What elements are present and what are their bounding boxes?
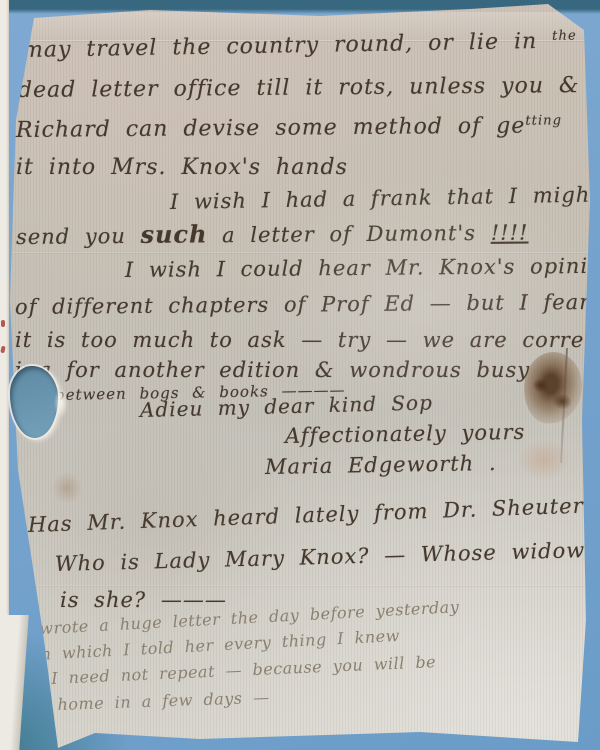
handwritten-line: Affectionately yours xyxy=(285,420,526,448)
horizontal-crease xyxy=(8,585,592,587)
handwritten-line: it is too much to ask — try — we are cor… xyxy=(15,328,600,352)
handwritten-line: send you such a letter of Dumont's !!!! xyxy=(16,218,529,250)
handwritten-line: Richard can devise some method of gettin… xyxy=(16,113,562,143)
handwritten-line: is she? ——— xyxy=(60,588,227,612)
handwritten-line: I wrote a huge letter the day before yes… xyxy=(22,597,460,639)
vertical-crease xyxy=(560,348,568,463)
horizontal-crease xyxy=(8,40,592,42)
handwritten-line: Adieu my dear kind Sop xyxy=(140,390,433,422)
adjacent-page-edge-bottom xyxy=(0,615,29,750)
handwritten-line: in which I told her every thing I knew xyxy=(35,626,401,664)
horizontal-crease xyxy=(8,252,592,254)
handwritten-line: of different chapters of Prof Ed — but I… xyxy=(15,290,590,319)
handwritten-line: between bogs & books ———— xyxy=(55,381,346,404)
handwritten-line: & I need not repeat — because you will b… xyxy=(26,652,437,689)
handwritten-line: I wish I could hear Mr. Knox's opinion xyxy=(125,254,600,282)
handwritten-line: Maria Edgeworth . xyxy=(265,451,497,479)
handwritten-line: ing for another edition & wondrous busy xyxy=(15,358,530,382)
wax-seal-stain xyxy=(519,348,586,427)
handwritten-line: may travel the country round, or lie in … xyxy=(22,28,577,63)
faint-stain xyxy=(518,440,570,480)
top-fold-highlight xyxy=(8,12,592,40)
photo-of-letter: may travel the country round, or lie in … xyxy=(0,0,600,750)
letter-sheet: may travel the country round, or lie in … xyxy=(0,0,600,750)
handwritten-line: Who is Lady Mary Knox? — Whose widow xyxy=(55,538,586,576)
red-edge-mark xyxy=(1,320,5,327)
handwritten-line: Has Mr. Knox heard lately from Dr. Sheut… xyxy=(28,493,600,537)
handwritten-line: I wish I had a frank that I might xyxy=(170,183,600,214)
handwritten-line: dead letter office till it rots, unless … xyxy=(18,73,580,103)
handwritten-line: it into Mrs. Knox's hands xyxy=(16,155,348,180)
handwritten-line: at home in a few days — xyxy=(30,688,270,715)
faint-smudge xyxy=(52,472,82,504)
